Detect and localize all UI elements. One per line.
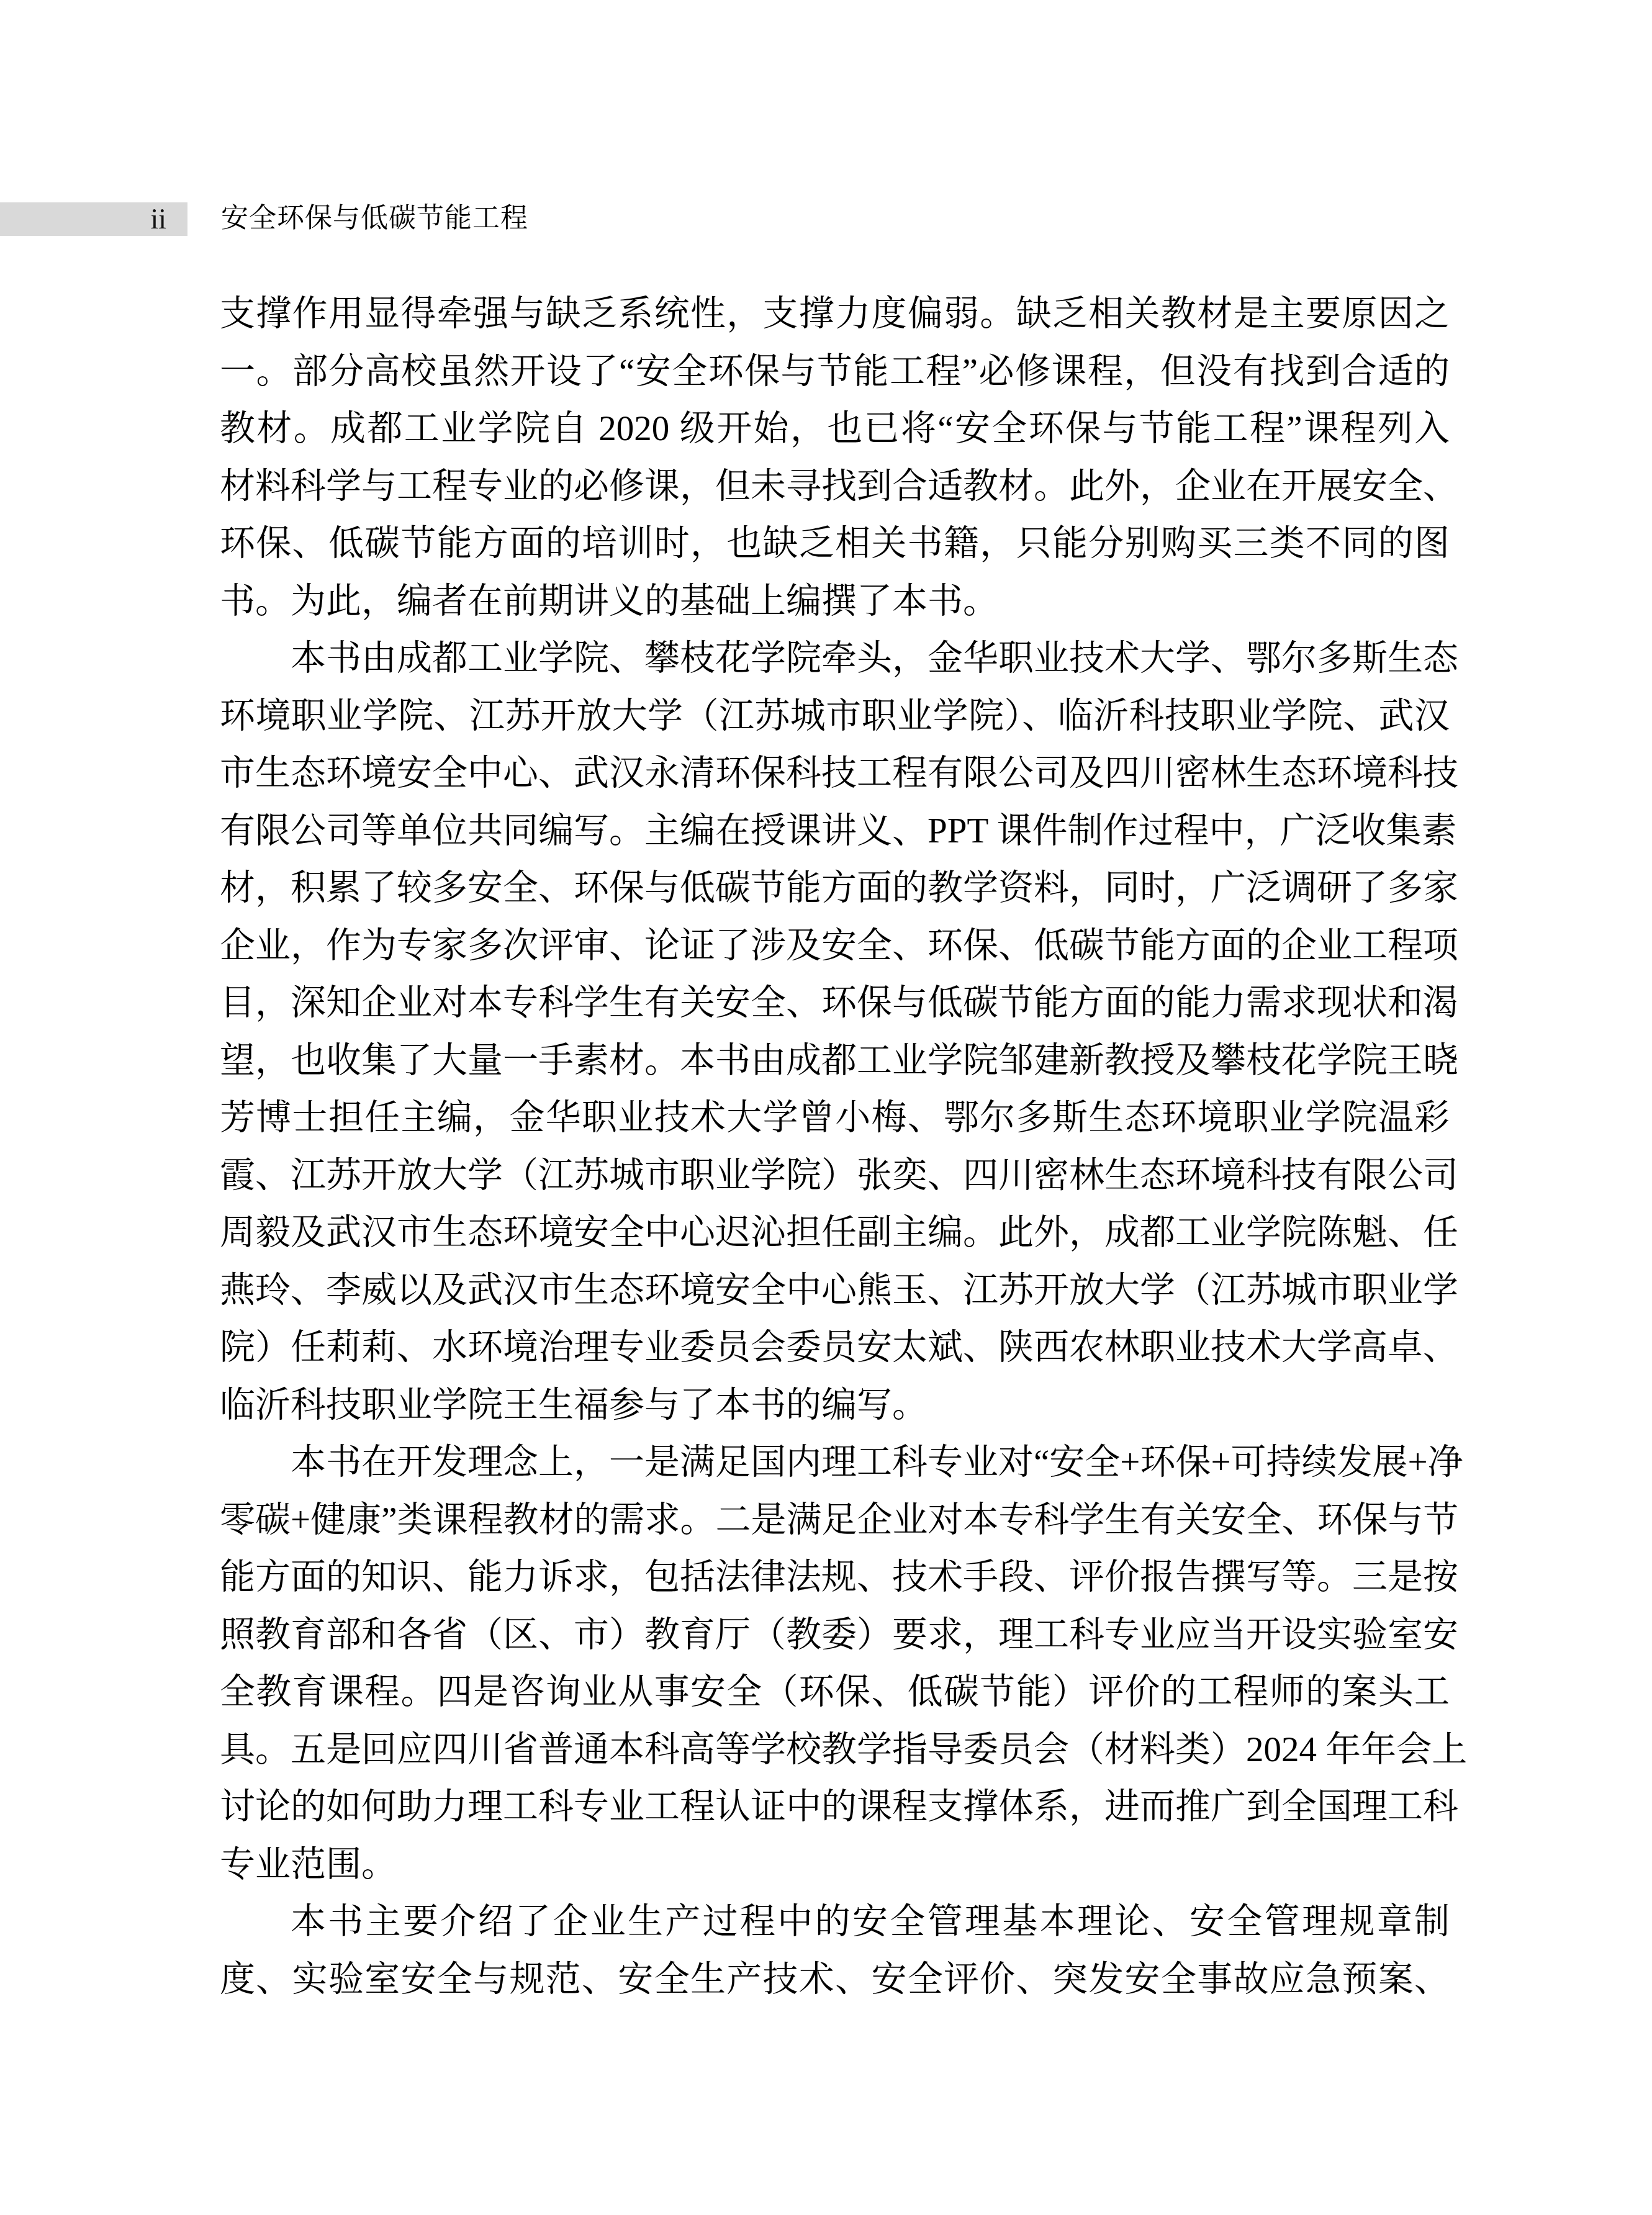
text-line: 一。部分高校虽然开设了“安全环保与节能工程”必修课程，但没有找到合适的 (220, 343, 1450, 401)
text-line: 具。五是回应四川省普通本科高等学校教学指导委员会（材料类）2024 年年会上 (220, 1721, 1450, 1779)
text-line: 望，也收集了大量一手素材。本书由成都工业学院邹建新教授及攀枝花学院王晓 (220, 1032, 1450, 1090)
text-line: 专业范围。 (220, 1836, 1450, 1894)
text-line: 材料科学与工程专业的必修课，但未寻找到合适教材。此外，企业在开展安全、 (220, 458, 1450, 516)
page-number-bar: ii (0, 202, 187, 236)
text-line: 有限公司等单位共同编写。主编在授课讲义、PPT 课件制作过程中，广泛收集素 (220, 803, 1450, 860)
text-line: 支撑作用显得牵强与缺乏系统性，支撑力度偏弱。缺乏相关教材是主要原因之 (220, 286, 1450, 343)
text-line: 教材。成都工业学院自 2020 级开始，也已将“安全环保与节能工程”课程列入 (220, 400, 1450, 458)
text-line: 照教育部和各省（区、市）教育厅（教委）要求，理工科专业应当开设实验室安 (220, 1607, 1450, 1664)
text-line: 全教育课程。四是咨询业从事安全（环保、低碳节能）评价的工程师的案头工 (220, 1664, 1450, 1721)
running-title: 安全环保与低碳节能工程 (221, 201, 528, 236)
text-line: 本书主要介绍了企业生产过程中的安全管理基本理论、安全管理规章制 (220, 1893, 1450, 1951)
text-line: 院）任莉莉、水环境治理专业委员会委员安太斌、陕西农林职业技术大学高卓、 (220, 1319, 1450, 1377)
text-line: 目，深知企业对本专科学生有关安全、环保与低碳节能方面的能力需求现状和渴 (220, 975, 1450, 1032)
text-line: 书。为此，编者在前期讲义的基础上编撰了本书。 (220, 573, 1450, 631)
text-line: 市生态环境安全中心、武汉永清环保科技工程有限公司及四川密林生态环境科技 (220, 745, 1450, 803)
text-line: 零碳+健康”类课程教材的需求。二是满足企业对本专科学生有关安全、环保与节 (220, 1492, 1450, 1550)
text-line: 霞、江苏开放大学（江苏城市职业学院）张奕、四川密林生态环境科技有限公司 (220, 1147, 1450, 1205)
text-line: 能方面的知识、能力诉求，包括法律法规、技术手段、评价报告撰写等。三是按 (220, 1549, 1450, 1607)
text-line: 本书由成都工业学院、攀枝花学院牵头，金华职业技术大学、鄂尔多斯生态 (220, 630, 1450, 688)
text-line: 燕玲、李威以及武汉市生态环境安全中心熊玉、江苏开放大学（江苏城市职业学 (220, 1262, 1450, 1320)
text-line: 环保、低碳节能方面的培训时，也缺乏相关书籍，只能分别购买三类不同的图 (220, 515, 1450, 573)
page-number: ii (150, 202, 166, 236)
text-line: 企业，作为专家多次评审、论证了涉及安全、环保、低碳节能方面的企业工程项 (220, 918, 1450, 975)
text-line: 讨论的如何助力理工科专业工程认证中的课程支撑体系，进而推广到全国理工科 (220, 1779, 1450, 1836)
text-line: 周毅及武汉市生态环境安全中心迟沁担任副主编。此外，成都工业学院陈魁、任 (220, 1204, 1450, 1262)
text-line: 环境职业学院、江苏开放大学（江苏城市职业学院）、临沂科技职业学院、武汉 (220, 688, 1450, 746)
text-line: 芳博士担任主编，金华职业技术大学曾小梅、鄂尔多斯生态环境职业学院温彩 (220, 1089, 1450, 1147)
book-page: ii 安全环保与低碳节能工程 支撑作用显得牵强与缺乏系统性，支撑力度偏弱。缺乏相… (0, 0, 1652, 2215)
preface-body-text: 支撑作用显得牵强与缺乏系统性，支撑力度偏弱。缺乏相关教材是主要原因之一。部分高校… (220, 286, 1450, 2008)
text-line: 材，积累了较多安全、环保与低碳节能方面的教学资料，同时，广泛调研了多家 (220, 860, 1450, 918)
text-line: 度、实验室安全与规范、安全生产技术、安全评价、突发安全事故应急预案、 (220, 1951, 1450, 2009)
text-line: 临沂科技职业学院王生福参与了本书的编写。 (220, 1377, 1450, 1435)
text-line: 本书在开发理念上，一是满足国内理工科专业对“安全+环保+可持续发展+净 (220, 1434, 1450, 1492)
